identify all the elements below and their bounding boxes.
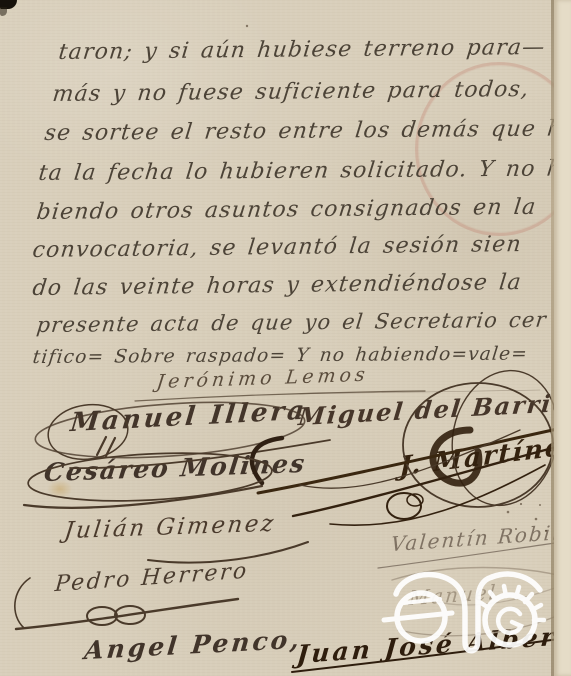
manuscript-line: convocatoria, se levantó la sesión sien (31, 232, 523, 263)
signature-juan-jose-alber: Juan José Alber (295, 622, 558, 669)
manuscript-line: tifico= Sobre raspado= Y no habiendo=val… (32, 344, 530, 368)
signature-pedro-herrero: Pedro Herrero (54, 558, 250, 597)
manuscript-line: taron; y si aún hubiese terreno para— (57, 35, 547, 65)
signature-manuel-faint: Manuel (408, 580, 498, 610)
manuscript-line: más y no fuese suficiente para todos, (51, 77, 530, 107)
scan-edge-strip (554, 0, 571, 676)
manuscript-line: se sortee el resto entre los demás que h… (43, 116, 571, 146)
signature-cesareo-molines: Cesáreo Molines (42, 449, 307, 487)
manuscript-line: ta la fecha lo hubieren solicitado. Y no… (37, 156, 571, 186)
scanned-document-page: { "meta": { "kind": "scanned handwritten… (0, 0, 571, 676)
signature-julian-gimenez: Julián Gimenez (63, 511, 277, 545)
signature-valentin-robin: Valentín Robin (390, 520, 568, 557)
signature-j-martinez: J. Martínez (399, 430, 571, 483)
signature-manuel-illera: Manuel Illera (69, 396, 309, 439)
manuscript-line: do las veinte horas y extendiéndose la (31, 270, 523, 301)
signature-angel-penco: Angel Penco, (83, 625, 304, 666)
signature-miguel-del-barrio: Miguel del Barrio (297, 388, 571, 431)
manuscript-line: biendo otros asuntos consignados en la (35, 195, 538, 225)
signature-jeronimo-lemos: Jerónimo Lemos (155, 364, 370, 394)
corner-blot-small (0, 7, 7, 16)
manuscript-line: presente acta de que yo el Secretario ce… (35, 308, 548, 337)
